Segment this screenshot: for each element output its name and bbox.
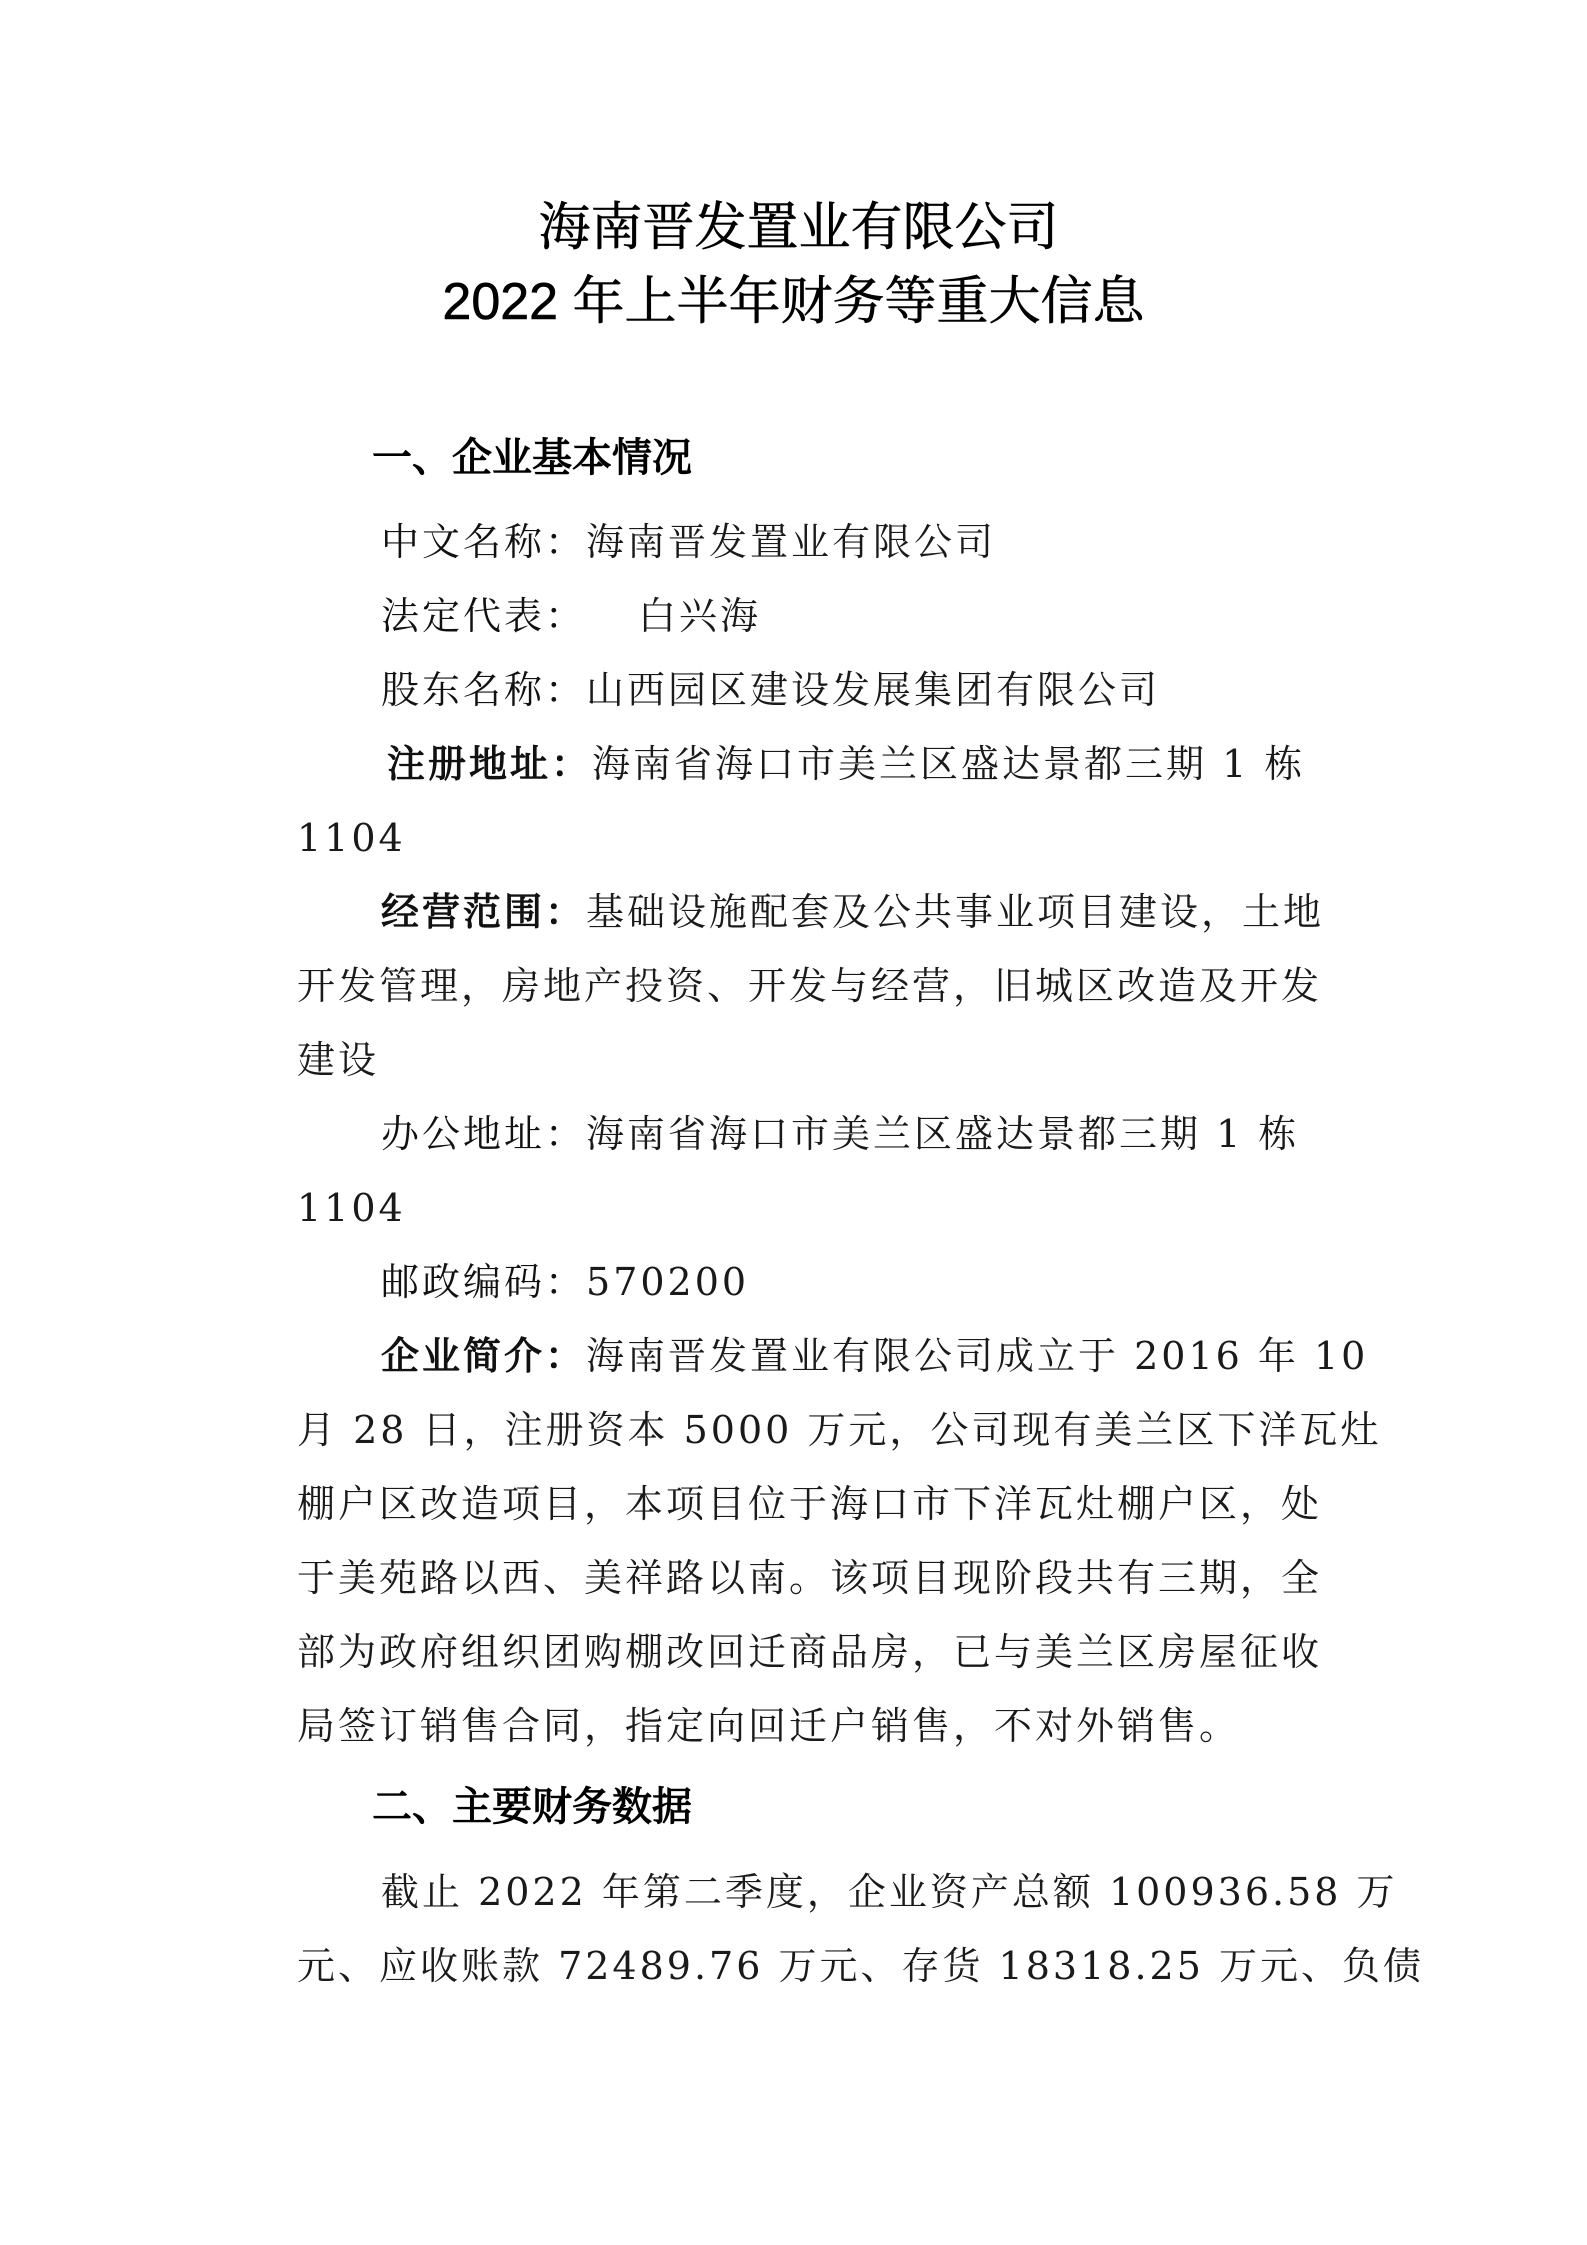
field-business-scope: 经营范围：基础设施配套及公共事业项目建设，土地 xyxy=(297,875,1349,949)
field-business-scope-cont: 开发管理，房地产投资、开发与经营，旧城区改造及开发 xyxy=(297,949,1349,1023)
field-label: 股东名称： xyxy=(381,668,586,712)
field-value: 山西园区建设发展集团有限公司 xyxy=(586,668,1160,712)
field-office-address-cont: 1104 xyxy=(297,1171,1349,1245)
field-value: 570200 xyxy=(586,1260,749,1304)
field-value: 海南省海口市美兰区盛达景都三期 1 栋 xyxy=(592,742,1305,786)
document-page: 海南晋发置业有限公司 2022 年上半年财务等重大信息 一、企业基本情况 中文名… xyxy=(0,0,1587,2245)
profile-line: 部为政府组织团购棚改回迁商品房，已与美兰区房屋征收 xyxy=(297,1615,1349,1689)
section2-body: 截止 2022 年第二季度，企业资产总额 100936.58 万 元、应收账款 … xyxy=(297,1855,1349,2003)
financial-line: 截止 2022 年第二季度，企业资产总额 100936.58 万 xyxy=(297,1855,1349,1929)
field-label: 企业简介： xyxy=(381,1333,586,1378)
field-business-scope-cont: 建设 xyxy=(297,1023,1349,1097)
field-value: 白兴海 xyxy=(638,594,761,638)
section1-body: 中文名称：海南晋发置业有限公司 法定代表：白兴海 股东名称：山西园区建设发展集团… xyxy=(297,505,1349,1763)
field-label: 邮政编码： xyxy=(381,1260,586,1304)
section1-heading: 一、企业基本情况 xyxy=(372,428,692,488)
field-label: 中文名称： xyxy=(381,520,586,564)
field-value: 海南省海口市美兰区盛达景都三期 1 栋 xyxy=(586,1112,1299,1156)
document-title-subject: 2022 年上半年财务等重大信息 xyxy=(0,270,1587,334)
field-label: 办公地址： xyxy=(381,1112,586,1156)
field-postal-code: 邮政编码：570200 xyxy=(297,1245,1349,1319)
field-value: 基础设施配套及公共事业项目建设，土地 xyxy=(586,890,1324,934)
profile-line: 棚户区改造项目，本项目位于海口市下洋瓦灶棚户区，处 xyxy=(297,1467,1349,1541)
field-chinese-name: 中文名称：海南晋发置业有限公司 xyxy=(297,505,1349,579)
field-legal-rep: 法定代表：白兴海 xyxy=(297,579,1349,653)
field-registered-address: 注册地址：海南省海口市美兰区盛达景都三期 1 栋 xyxy=(297,727,1349,801)
profile-line: 局签订销售合同，指定向回迁户销售，不对外销售。 xyxy=(297,1689,1349,1763)
document-title-company: 海南晋发置业有限公司 xyxy=(0,196,1587,260)
section2-heading: 二、主要财务数据 xyxy=(372,1777,692,1837)
field-label: 法定代表： xyxy=(381,594,586,638)
field-profile: 企业简介：海南晋发置业有限公司成立于 2016 年 10 xyxy=(297,1319,1349,1393)
financial-line: 元、应收账款 72489.76 万元、存货 18318.25 万元、负债 xyxy=(297,1929,1349,2003)
field-office-address: 办公地址：海南省海口市美兰区盛达景都三期 1 栋 xyxy=(297,1097,1349,1171)
field-value: 海南晋发置业有限公司成立于 2016 年 10 xyxy=(586,1334,1368,1378)
field-label: 注册地址： xyxy=(387,741,592,786)
field-label: 经营范围： xyxy=(381,889,586,934)
profile-line: 月 28 日，注册资本 5000 万元，公司现有美兰区下洋瓦灶 xyxy=(297,1393,1349,1467)
field-value: 海南晋发置业有限公司 xyxy=(586,520,996,564)
field-registered-address-cont: 1104 xyxy=(297,801,1349,875)
profile-line: 于美苑路以西、美祥路以南。该项目现阶段共有三期，全 xyxy=(297,1541,1349,1615)
field-shareholder: 股东名称：山西园区建设发展集团有限公司 xyxy=(297,653,1349,727)
